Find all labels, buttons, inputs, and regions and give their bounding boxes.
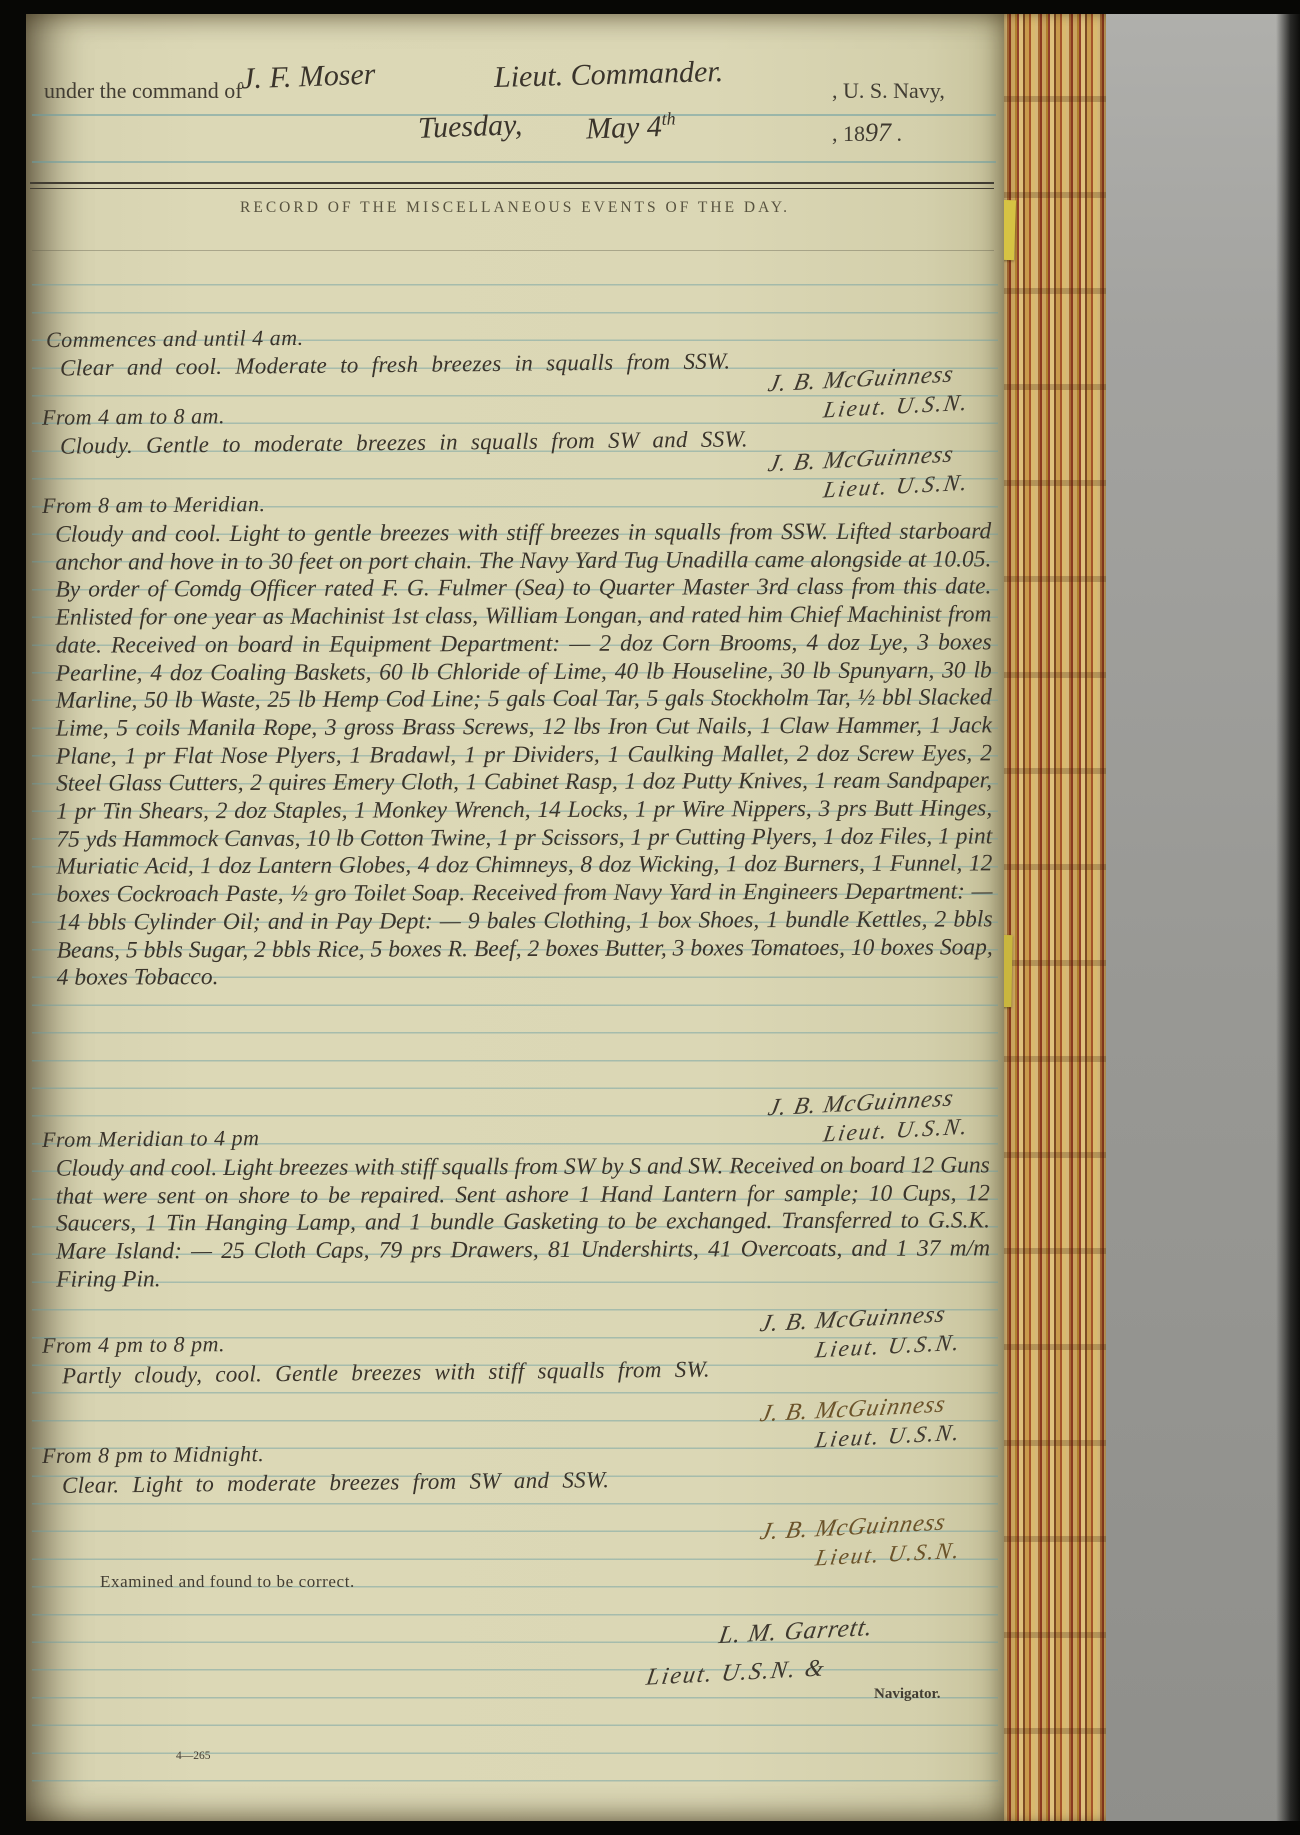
photo-background [1100,0,1300,1835]
examined-statement: Examined and found to be correct. [100,1572,355,1592]
photo-border [0,1821,1300,1835]
year-dot: . [891,121,902,146]
entry-heading: From 8 am to Meridian. [42,491,266,519]
date-script: May 4th [585,108,676,146]
commander-rank-script: Lieut. Commander. [494,55,724,95]
date-text: May 4 [585,110,662,146]
watch-officer-signature: J. B. McGuinness Lieut. U.S.N. [759,1391,961,1456]
commander-name-script: J. F. Moser [240,58,376,97]
printed-command-label: under the command of [44,78,243,104]
year-group: , 1897 . [832,118,902,148]
logbook-photo: under the command of J. F. Moser Lieut. … [0,0,1300,1835]
entry-heading: Commences and until 4 am. [46,325,304,353]
entry-heading: From 8 pm to Midnight. [42,1441,264,1469]
date-day-script: Tuesday, [417,108,522,146]
header-rule [30,182,994,184]
year-printed: , 18 [832,121,865,146]
watch-officer-signature: J. B. McGuinness Lieut. U.S.N. [767,1085,969,1150]
entry-body: Cloudy and cool. Light to gentle breezes… [55,518,993,992]
watch-officer-signature: J. B. McGuinness Lieut. U.S.N. [767,361,969,426]
ruled-line [32,161,996,163]
book-gutter-edge [0,0,26,1835]
printed-navy-label: , U. S. Navy, [832,78,945,104]
watch-officer-signature: J. B. McGuinness Lieut. U.S.N. [759,1301,961,1366]
printed-navigator-label: Navigator. [874,1686,941,1703]
year-script: 97 [865,118,891,147]
entry-body: Cloudy and cool. Light breezes with stif… [56,1152,990,1294]
form-number: 4—265 [176,1750,211,1762]
page-title: RECORD OF THE MISCELLANEOUS EVENTS OF TH… [26,199,1004,217]
entry-heading: From Meridian to 4 pm [42,1125,260,1153]
separator-line [32,250,994,251]
watch-officer-signature: J. B. McGuinness Lieut. U.S.N. [767,441,969,506]
entry-heading: From 4 am to 8 am. [42,403,225,431]
header-rule [30,188,994,189]
logbook-page: under the command of J. F. Moser Lieut. … [26,14,1004,1821]
watch-officer-signature: J. B. McGuinness Lieut. U.S.N. [759,1509,961,1574]
photo-background-shadow [1276,0,1300,1835]
photo-border [0,0,1300,14]
page-edge-stack [1004,6,1106,1830]
date-ordinal: th [661,108,676,128]
entry-heading: From 4 pm to 8 pm. [42,1331,225,1359]
